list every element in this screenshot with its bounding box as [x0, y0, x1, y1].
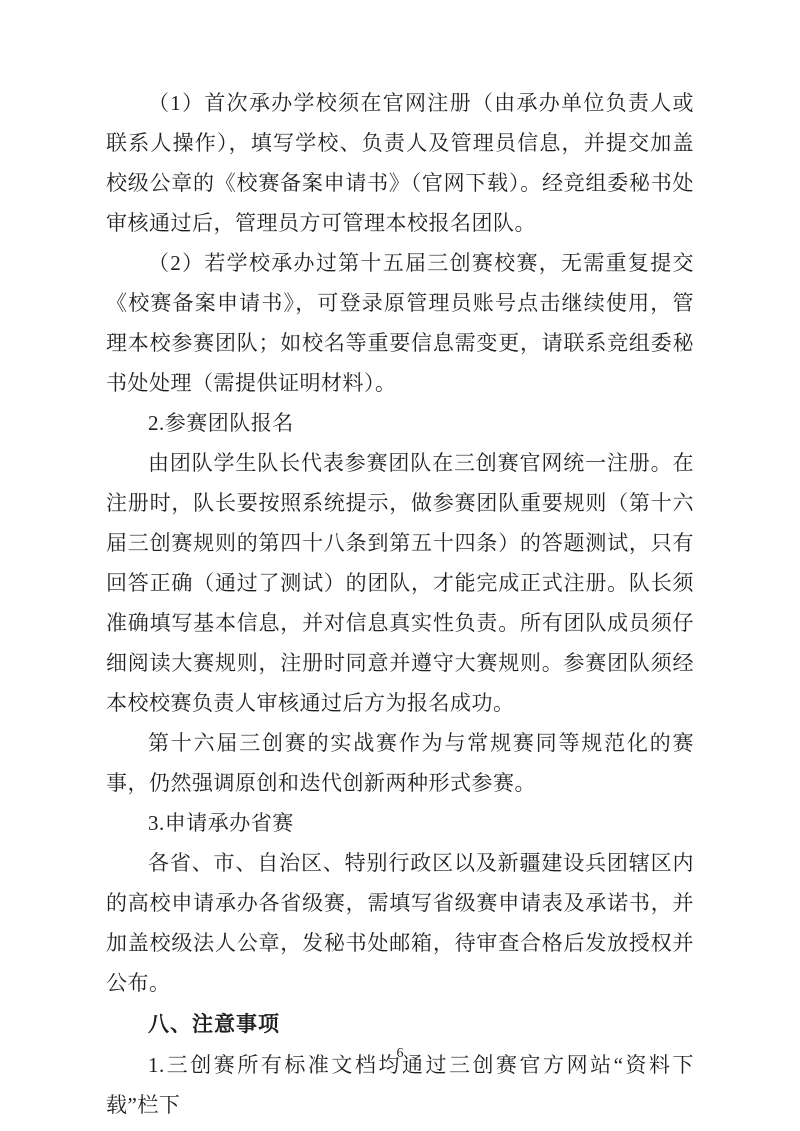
document-body: （1）首次承办学校须在官网注册（由承办单位负责人或联系人操作），填写学校、负责人…: [106, 83, 694, 1125]
paragraph: 第十六届三创赛的实战赛作为与常规赛同等规范化的赛事，仍然强调原创和迭代创新两种形…: [106, 723, 694, 803]
document-page: （1）首次承办学校须在官网注册（由承办单位负责人或联系人操作），填写学校、负责人…: [0, 0, 800, 1131]
paragraph: 3.申请承办省赛: [106, 803, 694, 843]
page-number: 6: [0, 1044, 800, 1064]
paragraph: 各省、市、自治区、特别行政区以及新疆建设兵团辖区内的高校申请承办各省级赛，需填写…: [106, 843, 694, 1003]
paragraph: （1）首次承办学校须在官网注册（由承办单位负责人或联系人操作），填写学校、负责人…: [106, 83, 694, 243]
paragraph: 由团队学生队长代表参赛团队在三创赛官网统一注册。在注册时，队长要按照系统提示，做…: [106, 443, 694, 723]
section-heading: 八、注意事项: [106, 1005, 694, 1045]
paragraph: （2）若学校承办过第十五届三创赛校赛，无需重复提交《校赛备案申请书》，可登录原管…: [106, 243, 694, 403]
paragraph: 2.参赛团队报名: [106, 403, 694, 443]
